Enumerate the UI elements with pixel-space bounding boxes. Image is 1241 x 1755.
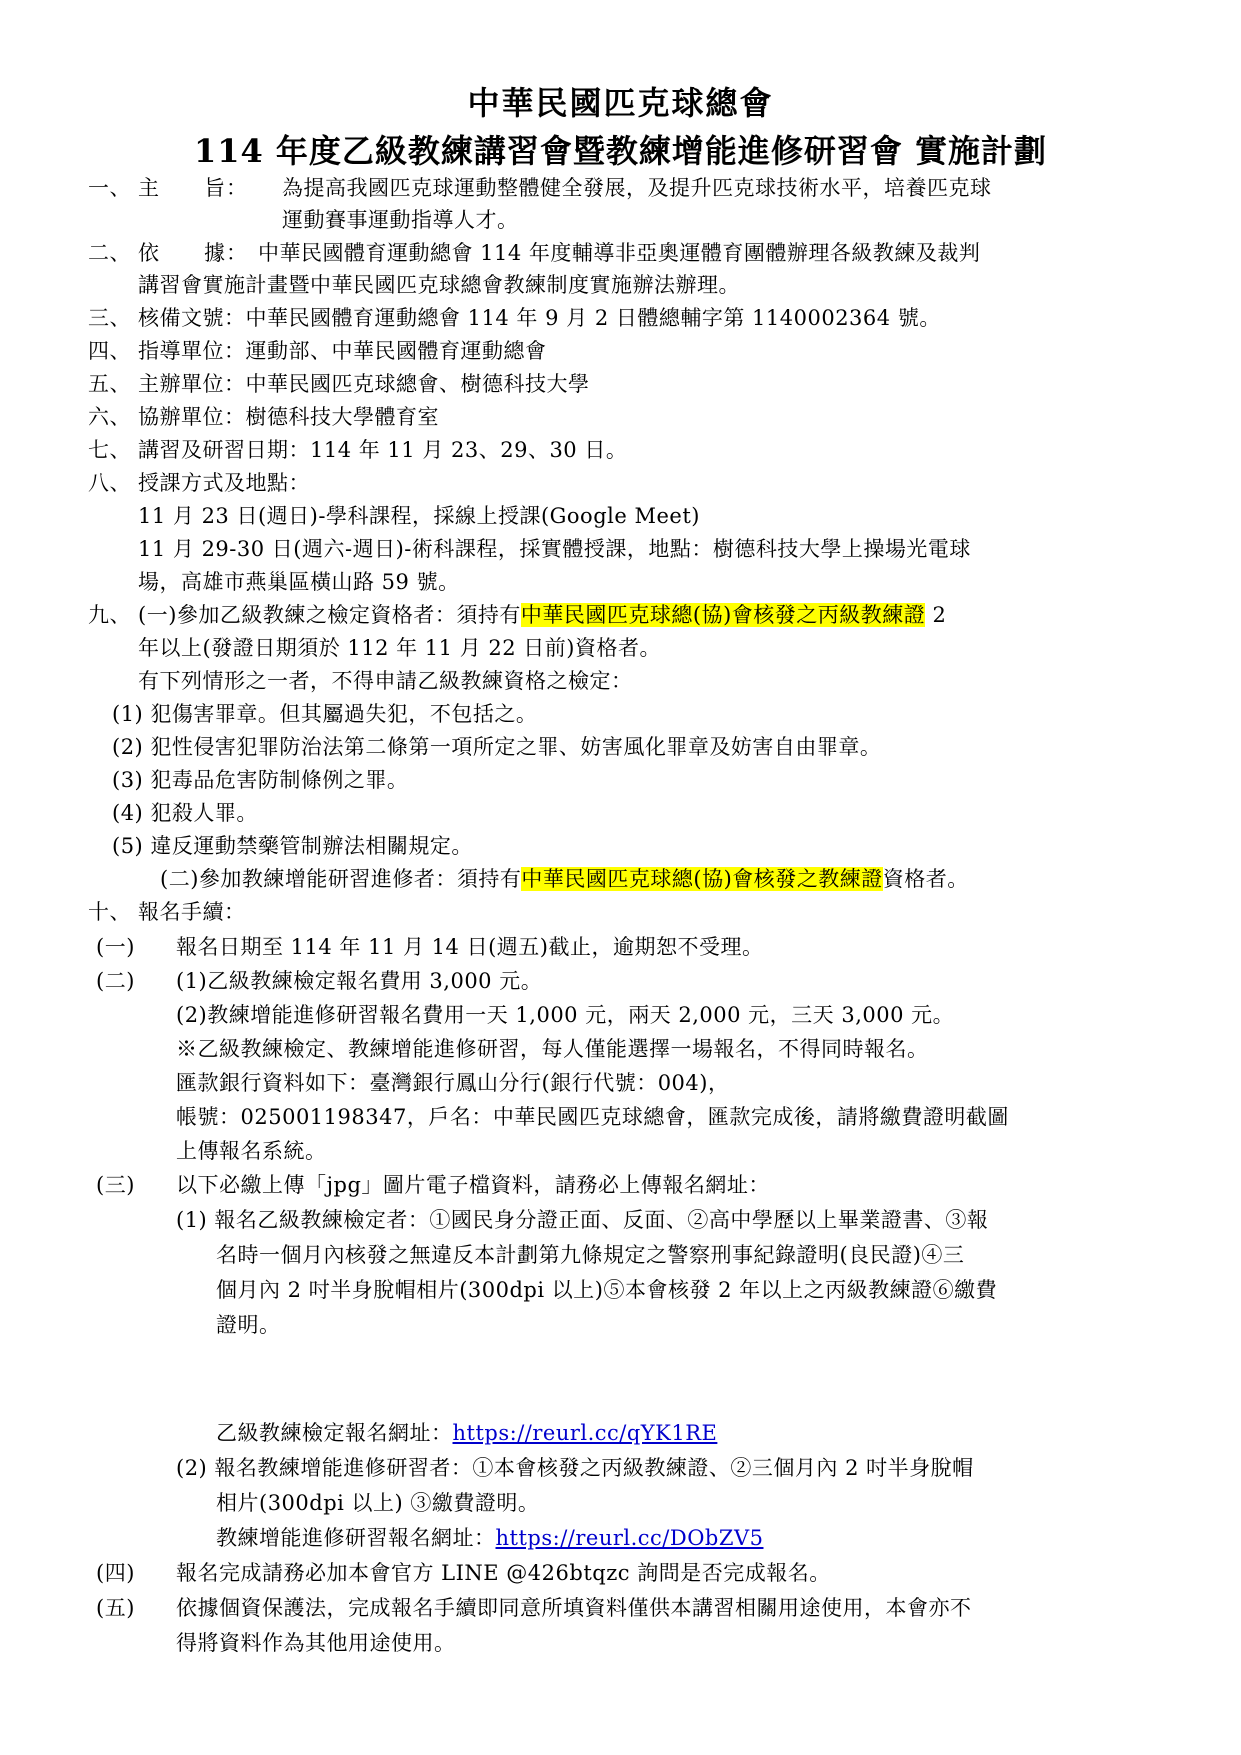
section-2-num: 二、 [88,238,131,268]
upload-b-level-line-2: 名時一個月內核發之無違反本計劃第九條規定之警察刑事紀錄證明(良民證)④三 [216,1240,964,1270]
section-4-num: 四、 [88,336,131,366]
section-7-num: 七、 [88,435,131,465]
reg-item-2-line-3: ※乙級教練檢定、教練增能進修研習，每人僅能選擇一場報名，不得同時報名。 [176,1034,929,1064]
section-8-line-2: 11 月 29-30 日(週六-週日)-術科課程，採實體授課，地點：樹德科技大學… [138,534,971,564]
bank-info: 匯款銀行資料如下：臺灣銀行鳳山分行(銀行代號：004)， [176,1068,729,1098]
account-info: 帳號：025001198347，戶名：中華民國匹克球總會，匯款完成後，請將繳費證… [176,1102,1009,1132]
section-2-line-1: 中華民國體育運動總會 114 年度輔導非亞奧運體育團體辦理各級教練及裁判 [258,238,980,268]
plan-title: 114 年度乙級教練講習會暨教練增能進修研習會 實施計劃 [0,126,1241,172]
reg-item-2-line-6: 上傳報名系統。 [176,1136,327,1166]
section-2-line-2: 講習會實施計畫暨中華民國匹克球總會教練制度實施辦法辦理。 [138,270,740,300]
section-2-label: 依 據： [138,238,248,268]
b-level-registration-link[interactable]: https://reurl.cc/qYK1RE [453,1421,718,1445]
section-5-text: 主辦單位：中華民國匹克球總會、樹德科技大學 [138,369,590,399]
advanced-url-label: 教練增能進修研習報名網址： [216,1526,496,1550]
org-title: 中華民國匹克球總會 [0,78,1241,124]
section-9-part1-prefix: (一)參加乙級教練之檢定資格者：須持有 [138,603,521,627]
upload-b-level-line-4: 證明。 [216,1310,281,1340]
reg-item-1-num: (一) [96,932,135,962]
advanced-registration-link[interactable]: https://reurl.cc/DObZV5 [496,1526,764,1550]
section-9-part1-line-2: 年以上(發證日期須於 112 年 11 月 22 日前)資格者。 [138,633,661,663]
reg-item-5-line-1: 依據個資保護法，完成報名手續即同意所填資料僅供本講習相關用途使用，本會亦不 [176,1593,972,1623]
section-9-part1: (一)參加乙級教練之檢定資格者：須持有中華民國匹克球總(協)會核發之丙級教練證 … [138,600,946,630]
section-9-exclusion-intro: 有下列情形之一者，不得申請乙級教練資格之檢定： [138,666,633,696]
section-9-part2-prefix: (二)參加教練增能研習進修者：須持有 [160,867,521,891]
reg-item-5-num: (五) [96,1593,135,1623]
section-10-num: 十、 [88,897,131,927]
upload-b-level-line-3: 個月內 2 吋半身脫帽相片(300dpi 以上)⑤本會核發 2 年以上之丙級教練… [216,1275,997,1305]
upload-b-level-line-1: (1) 報名乙級教練檢定者：①國民身分證正面、反面、②高中學歷以上畢業證書、③報 [176,1205,988,1235]
reg-item-2-line-1: (1)乙級教練檢定報名費用 3,000 元。 [176,966,542,996]
exclusion-item-5: (5) 違反運動禁藥管制辦法相關規定。 [112,831,473,861]
document-page: 中華民國匹克球總會 114 年度乙級教練講習會暨教練增能進修研習會 實施計劃 一… [0,0,1241,1755]
advanced-url-row: 教練增能進修研習報名網址：https://reurl.cc/DObZV5 [216,1523,763,1553]
section-9-part2-suffix: 資格者。 [883,867,969,891]
section-1-num: 一、 [88,173,131,203]
section-8-line-1: 11 月 23 日(週日)-學科課程，採線上授課(Google Meet) [138,501,700,531]
reg-item-3-num: (三) [96,1170,135,1200]
section-3-num: 三、 [88,303,131,333]
section-8-line-3: 場，高雄市燕巢區橫山路 59 號。 [138,567,460,597]
section-1-label: 主 旨： [138,173,248,203]
section-6-text: 協辦單位：樹德科技大學體育室 [138,402,439,432]
section-8-text: 授課方式及地點： [138,468,310,498]
section-10-text: 報名手續： [138,897,246,927]
section-9-part2-highlight: 中華民國匹克球總(協)會核發之教練證 [521,867,882,891]
section-3-text: 核備文號：中華民國體育運動總會 114 年 9 月 2 日體總輔字第 11400… [138,303,941,333]
reg-item-2-num: (二) [96,966,135,996]
upload-advanced-line-1: (2) 報名教練增能進修研習者：①本會核發之丙級教練證、②三個月內 2 吋半身脫… [176,1453,974,1483]
reg-item-3-text: 以下必繳上傳「jpg」圖片電子檔資料，請務必上傳報名網址： [176,1170,770,1200]
reg-item-4-num: (四) [96,1558,135,1588]
section-9-part1-highlight: 中華民國匹克球總(協)會核發之丙級教練證 [521,603,925,627]
exclusion-item-2: (2) 犯性侵害犯罪防治法第二條第一項所定之罪、妨害風化罪章及妨害自由罪章。 [112,732,881,762]
section-8-num: 八、 [88,468,131,498]
section-4-text: 指導單位：運動部、中華民國體育運動總會 [138,336,547,366]
section-5-num: 五、 [88,369,131,399]
reg-item-5-line-2: 得將資料作為其他用途使用。 [176,1628,456,1658]
section-9-part2: (二)參加教練增能研習進修者：須持有中華民國匹克球總(協)會核發之教練證資格者。 [160,864,969,894]
section-1-line-2: 運動賽事運動指導人才。 [282,205,519,235]
reg-item-1-text: 報名日期至 114 年 11 月 14 日(週五)截止，逾期恕不受理。 [176,932,763,962]
exclusion-item-1: (1) 犯傷害罪章。但其屬過失犯，不包括之。 [112,699,537,729]
section-6-num: 六、 [88,402,131,432]
reg-item-2-line-2: (2)教練增能進修研習報名費用一天 1,000 元，兩天 2,000 元，三天 … [176,1000,954,1030]
upload-advanced-line-2: 相片(300dpi 以上) ③繳費證明。 [216,1488,539,1518]
b-level-url-row: 乙級教練檢定報名網址：https://reurl.cc/qYK1RE [216,1418,717,1448]
reg-item-4-text: 報名完成請務必加本會官方 LINE @426btqzc 詢問是否完成報名。 [176,1558,831,1588]
section-9-num: 九、 [88,600,131,630]
section-7-text: 講習及研習日期：114 年 11 月 23、29、30 日。 [138,435,627,465]
exclusion-item-3: (3) 犯毒品危害防制條例之罪。 [112,765,408,795]
exclusion-item-4: (4) 犯殺人罪。 [112,798,258,828]
section-1-line-1: 為提高我國匹克球運動整體健全發展，及提升匹克球技術水平，培養匹克球 [282,173,992,203]
b-level-url-label: 乙級教練檢定報名網址： [216,1421,453,1445]
section-9-part1-suffix: 2 [925,603,946,627]
